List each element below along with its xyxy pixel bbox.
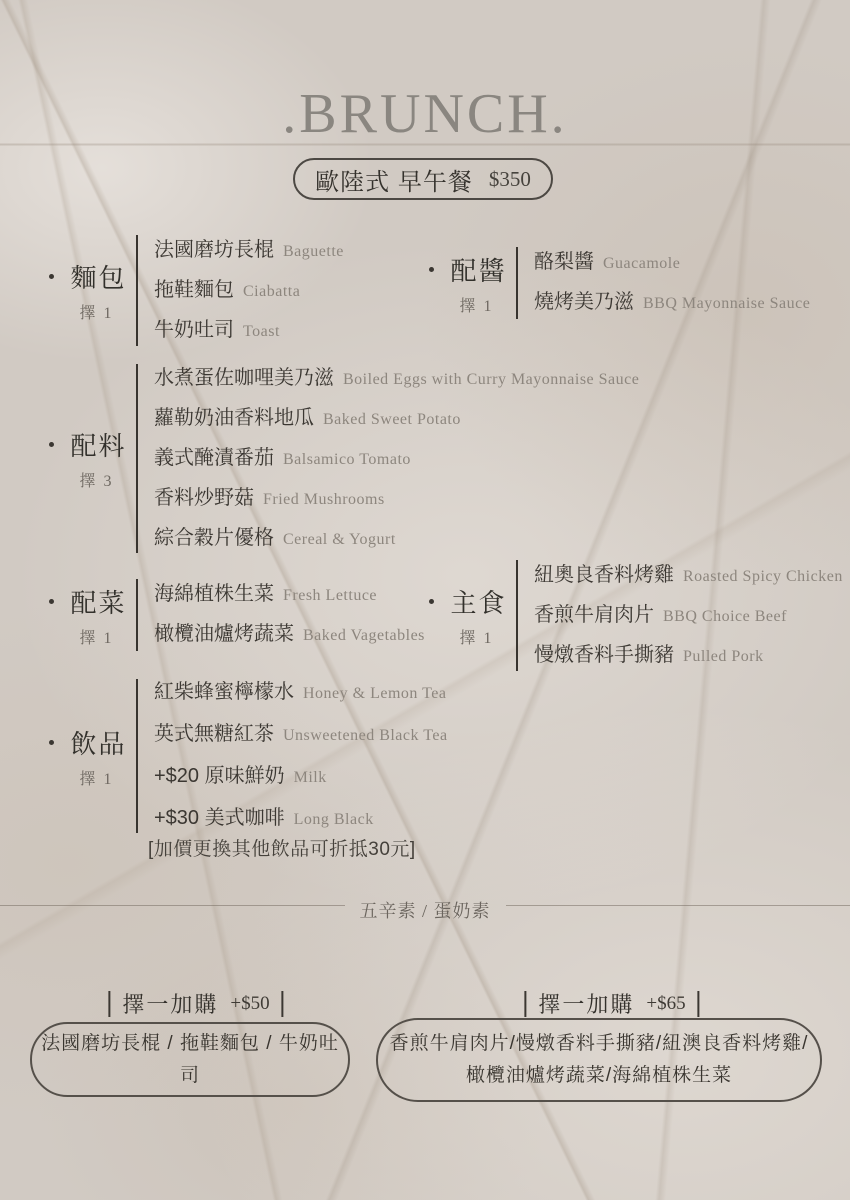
- section-divider: [136, 364, 138, 553]
- section-sauce: 配醬 擇 1 酪梨醬Guacamole 燒烤美乃滋BBQ Mayonnaise …: [420, 244, 810, 322]
- item-name-en: Fried Mushrooms: [263, 491, 385, 508]
- item-name-en: Baked Sweet Potato: [323, 411, 461, 428]
- menu-item: 法國磨坊長棍Baguette: [154, 231, 344, 271]
- bullet-dot-icon: [49, 274, 54, 279]
- section-name: 配醬: [450, 251, 506, 288]
- item-name-en: Baked Vagetables: [303, 627, 425, 644]
- item-name-zh: 橄欖油爐烤蔬菜: [154, 623, 294, 645]
- item-name-en: Boiled Eggs with Curry Mayonnaise Sauce: [343, 371, 639, 388]
- choose-count: 擇 3: [79, 468, 113, 491]
- item-name-en: BBQ Choice Beef: [663, 608, 787, 625]
- menu-item: 橄欖油爐烤蔬菜Baked Vagetables: [154, 615, 425, 655]
- item-name-en: Toast: [243, 323, 280, 340]
- menu-item: +$20 原味鮮奶Milk: [154, 756, 448, 798]
- bullet-dot-icon: [49, 740, 54, 745]
- section-drinks: 飲品 擇 1 紅柴蜂蜜檸檬水Honey & Lemon Tea 英式無糖紅茶Un…: [40, 676, 448, 836]
- item-name-en: Pulled Pork: [683, 648, 764, 665]
- addon-bread-options-box: 法國磨坊長棍 / 拖鞋麵包 / 牛奶吐司: [30, 1022, 350, 1097]
- section-divider: [136, 579, 138, 651]
- section-sides-items: 水煮蛋佐咖哩美乃滋Boiled Eggs with Curry Mayonnai…: [154, 361, 639, 556]
- section-name: 飲品: [70, 724, 126, 761]
- section-sauce-label: 配醬 擇 1: [420, 244, 516, 322]
- section-bread-items: 法國磨坊長棍Baguette 拖鞋麵包Ciabatta 牛奶吐司Toast: [154, 232, 344, 349]
- item-name-en: Long Black: [294, 811, 374, 828]
- page-title: .BRUNCH.: [0, 86, 850, 142]
- subtitle-pill: 歐陸式 早午餐 $350: [293, 158, 553, 200]
- menu-item: 水煮蛋佐咖哩美乃滋Boiled Eggs with Curry Mayonnai…: [154, 359, 639, 399]
- item-name-zh: 牛奶吐司: [154, 319, 234, 341]
- item-name-en: Cereal & Yogurt: [283, 531, 396, 548]
- item-name-zh: 酪梨醬: [534, 251, 594, 273]
- item-name-zh: 綜合穀片優格: [154, 527, 274, 549]
- heading-bar-icon: [698, 991, 700, 1017]
- section-divider: [136, 679, 138, 833]
- item-name-zh: 蘿勒奶油香料地瓜: [154, 407, 314, 429]
- section-bread: 麵包 擇 1 法國磨坊長棍Baguette 拖鞋麵包Ciabatta 牛奶吐司T…: [40, 232, 344, 349]
- section-name: 配菜: [70, 583, 126, 620]
- item-name-en: BBQ Mayonnaise Sauce: [643, 295, 810, 312]
- section-sides-label: 配料 擇 3: [40, 361, 136, 556]
- section-salad-label: 配菜 擇 1: [40, 576, 136, 654]
- addon-price: +$65: [646, 993, 685, 1015]
- menu-item: 拖鞋麵包Ciabatta: [154, 271, 344, 311]
- item-name-en: Roasted Spicy Chicken: [683, 568, 843, 585]
- item-name-en: Guacamole: [603, 255, 680, 272]
- menu-item: 紅柴蜂蜜檸檬水Honey & Lemon Tea: [154, 672, 448, 714]
- item-name-zh: 慢燉香料手撕豬: [534, 644, 674, 666]
- subtitle-label: 歐陸式 早午餐: [315, 162, 473, 197]
- menu-item: 紐奧良香料烤雞Roasted Spicy Chicken: [534, 556, 843, 596]
- subtitle-price: $350: [489, 167, 531, 192]
- heading-bar-icon: [524, 991, 526, 1017]
- menu-item: 蘿勒奶油香料地瓜Baked Sweet Potato: [154, 399, 639, 439]
- item-name-zh: 英式無糖紅茶: [154, 723, 274, 745]
- diet-note: 五辛素 / 蛋奶素: [360, 897, 491, 923]
- item-name-zh: +$30 美式咖啡: [154, 807, 285, 829]
- item-name-zh: 紐奧良香料烤雞: [534, 564, 674, 586]
- addon-main-heading: 擇一加購 +$65: [524, 988, 699, 1019]
- item-name-en: Baguette: [283, 243, 344, 260]
- section-bread-label: 麵包 擇 1: [40, 232, 136, 349]
- choose-count: 擇 1: [79, 300, 113, 323]
- item-name-en: Unsweetened Black Tea: [283, 727, 448, 744]
- menu-item: 香料炒野菇Fried Mushrooms: [154, 479, 639, 519]
- addon-heading-label: 擇一加購: [538, 988, 634, 1019]
- addon-options-line: 橄欖油爐烤蔬菜/海綿植株生菜: [466, 1060, 732, 1092]
- diet-note-divider: 五辛素 / 蛋奶素: [0, 897, 850, 923]
- section-salad: 配菜 擇 1 海綿植株生菜Fresh Lettuce 橄欖油爐烤蔬菜Baked …: [40, 576, 425, 654]
- item-name-zh: 香煎牛肩肉片: [534, 604, 654, 626]
- item-name-en: Balsamico Tomato: [283, 451, 411, 468]
- item-name-zh: 法國磨坊長棍: [154, 239, 274, 261]
- divider-line: [0, 905, 345, 906]
- item-name-zh: 水煮蛋佐咖哩美乃滋: [154, 367, 334, 389]
- addon-price: +$50: [230, 993, 269, 1015]
- heading-bar-icon: [282, 991, 284, 1017]
- choose-count: 擇 1: [79, 766, 113, 789]
- section-sauce-items: 酪梨醬Guacamole 燒烤美乃滋BBQ Mayonnaise Sauce: [534, 244, 810, 322]
- addon-main-options-box: 香煎牛肩肉片/慢燉香料手撕豬/紐澳良香料烤雞/ 橄欖油爐烤蔬菜/海綿植株生菜: [376, 1018, 822, 1102]
- section-main-label: 主食 擇 1: [420, 557, 516, 674]
- item-name-zh: +$20 原味鮮奶: [154, 765, 285, 787]
- addon-heading-label: 擇一加購: [122, 988, 218, 1019]
- item-name-en: Milk: [294, 769, 327, 786]
- choose-count: 擇 1: [459, 625, 493, 648]
- divider-line: [506, 905, 850, 906]
- choose-count: 擇 1: [459, 293, 493, 316]
- section-drinks-items: 紅柴蜂蜜檸檬水Honey & Lemon Tea 英式無糖紅茶Unsweeten…: [154, 676, 448, 836]
- section-main-items: 紐奧良香料烤雞Roasted Spicy Chicken 香煎牛肩肉片BBQ C…: [534, 557, 843, 674]
- section-sides: 配料 擇 3 水煮蛋佐咖哩美乃滋Boiled Eggs with Curry M…: [40, 361, 639, 556]
- section-divider: [516, 560, 518, 671]
- item-name-zh: 海綿植株生菜: [154, 583, 274, 605]
- section-name: 麵包: [70, 258, 126, 295]
- section-divider: [136, 235, 138, 346]
- menu-item: 香煎牛肩肉片BBQ Choice Beef: [534, 596, 843, 636]
- menu-item: 英式無糖紅茶Unsweetened Black Tea: [154, 714, 448, 756]
- item-name-en: Honey & Lemon Tea: [303, 685, 447, 702]
- bullet-dot-icon: [429, 267, 434, 272]
- addon-options-line: 香煎牛肩肉片/慢燉香料手撕豬/紐澳良香料烤雞/: [390, 1028, 809, 1060]
- addon-bread-heading: 擇一加購 +$50: [108, 988, 283, 1019]
- section-salad-items: 海綿植株生菜Fresh Lettuce 橄欖油爐烤蔬菜Baked Vagetab…: [154, 576, 425, 654]
- section-name: 配料: [70, 426, 126, 463]
- menu-item: 燒烤美乃滋BBQ Mayonnaise Sauce: [534, 283, 810, 323]
- menu-item: 義式醃漬番茄Balsamico Tomato: [154, 439, 639, 479]
- choose-count: 擇 1: [79, 625, 113, 648]
- heading-bar-icon: [108, 991, 110, 1017]
- section-main: 主食 擇 1 紐奧良香料烤雞Roasted Spicy Chicken 香煎牛肩…: [420, 557, 843, 674]
- section-drinks-label: 飲品 擇 1: [40, 676, 136, 836]
- menu-item: 慢燉香料手撕豬Pulled Pork: [534, 636, 843, 676]
- item-name-en: Fresh Lettuce: [283, 587, 377, 604]
- item-name-en: Ciabatta: [243, 283, 300, 300]
- menu-item: 牛奶吐司Toast: [154, 311, 344, 351]
- section-divider: [516, 247, 518, 319]
- item-name-zh: 義式醃漬番茄: [154, 447, 274, 469]
- item-name-zh: 燒烤美乃滋: [534, 291, 634, 313]
- item-name-zh: 香料炒野菇: [154, 487, 254, 509]
- item-name-zh: 拖鞋麵包: [154, 279, 234, 301]
- bullet-dot-icon: [429, 599, 434, 604]
- menu-item: 酪梨醬Guacamole: [534, 243, 810, 283]
- menu-item: 綜合穀片優格Cereal & Yogurt: [154, 519, 639, 559]
- bullet-dot-icon: [49, 442, 54, 447]
- section-name: 主食: [450, 583, 506, 620]
- addon-options-line: 法國磨坊長棍 / 拖鞋麵包 / 牛奶吐司: [32, 1028, 348, 1092]
- item-name-zh: 紅柴蜂蜜檸檬水: [154, 681, 294, 703]
- bullet-dot-icon: [49, 599, 54, 604]
- menu-item: 海綿植株生菜Fresh Lettuce: [154, 575, 425, 615]
- brunch-menu-page: .BRUNCH. 歐陸式 早午餐 $350 麵包 擇 1 法國磨坊長棍Bague…: [0, 0, 850, 1200]
- drinks-upgrade-note: [加價更換其他飲品可折抵30元]: [148, 834, 416, 861]
